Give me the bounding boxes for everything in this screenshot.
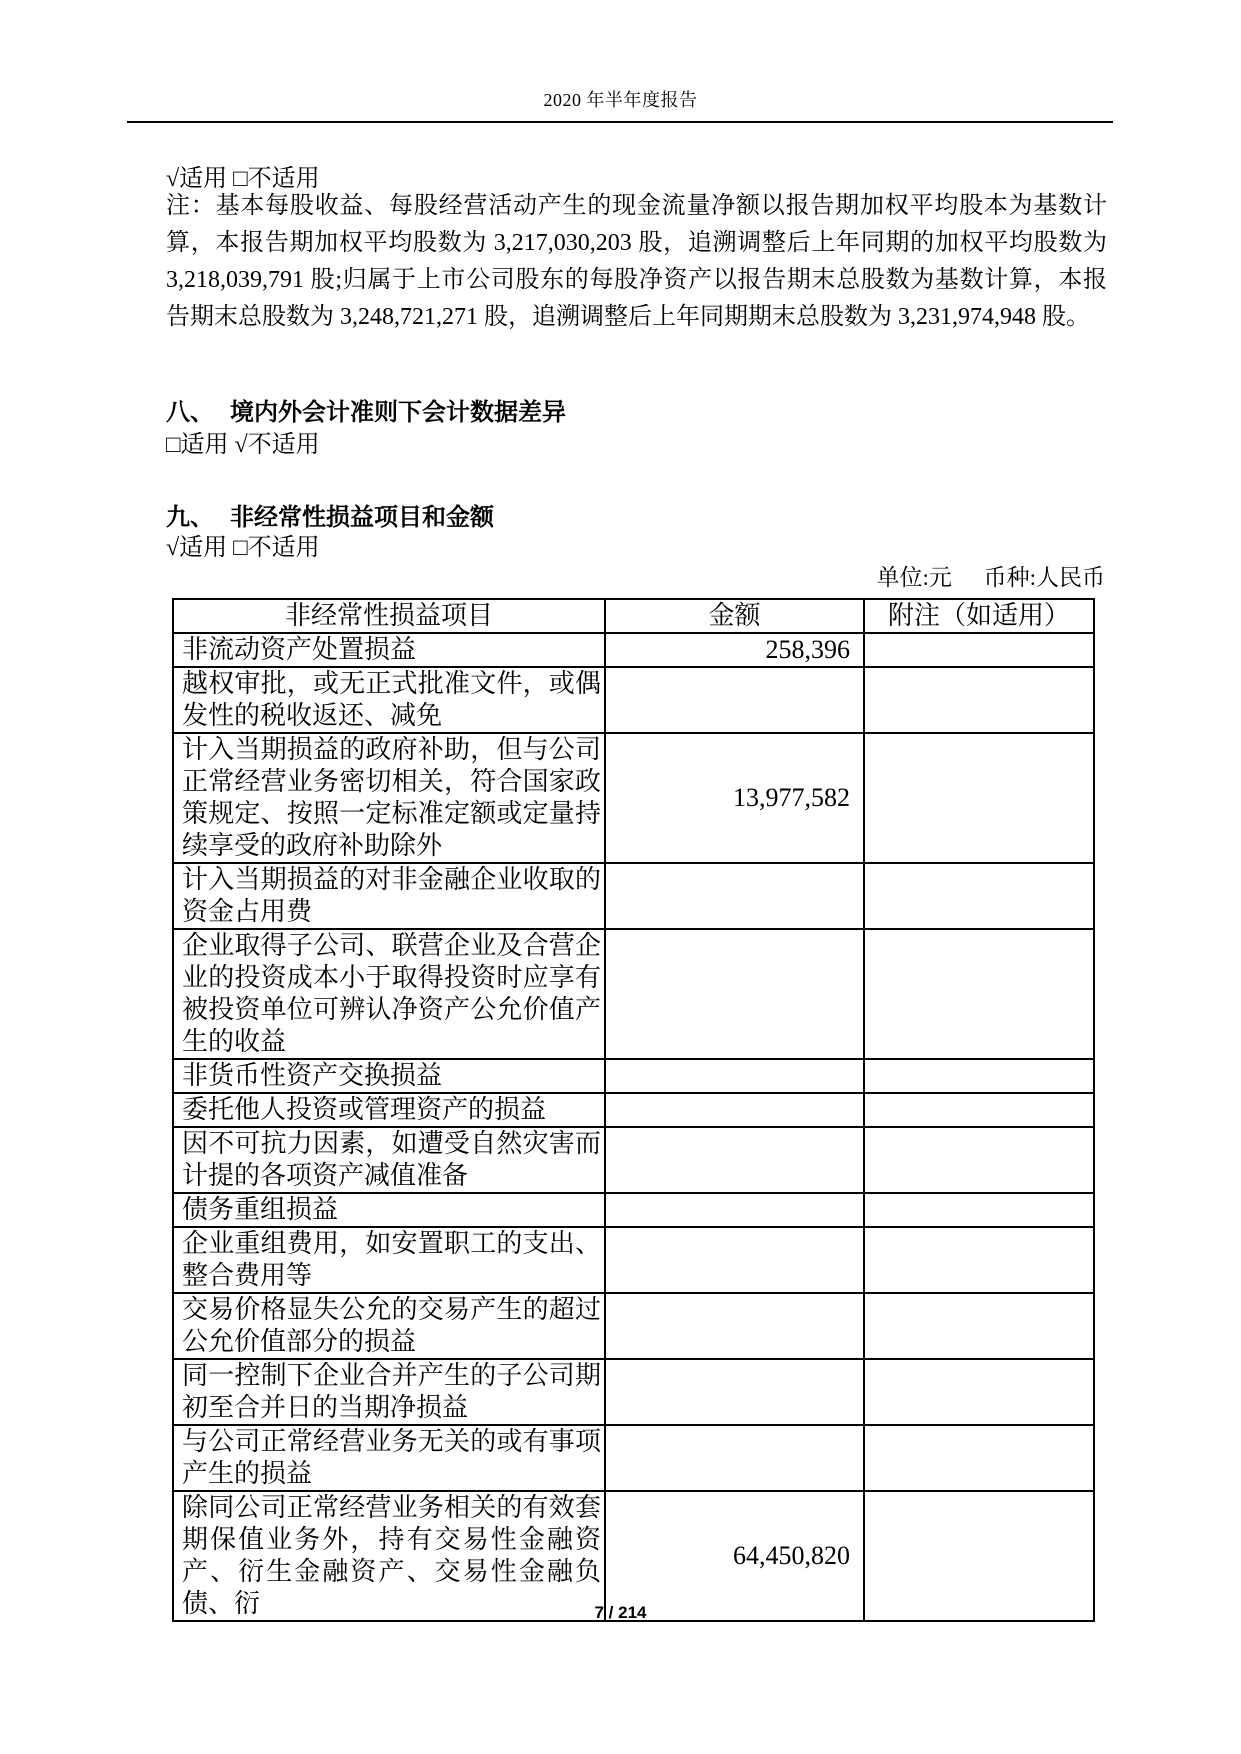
- amount-cell: [605, 1227, 864, 1293]
- column-header-amount: 金额: [605, 599, 864, 633]
- item-cell: 企业取得子公司、联营企业及合营企业的投资成本小于取得投资时应享有被投资单位可辨认…: [173, 929, 605, 1059]
- note-cell: [864, 1425, 1094, 1491]
- table-row: 交易价格显失公允的交易产生的超过公允价值部分的损益: [173, 1293, 1094, 1359]
- item-cell: 同一控制下企业合并产生的子公司期初至合并日的当期净损益: [173, 1359, 605, 1425]
- table-row: 同一控制下企业合并产生的子公司期初至合并日的当期净损益: [173, 1359, 1094, 1425]
- table-row: 非流动资产处置损益258,396: [173, 633, 1094, 667]
- amount-cell: [605, 863, 864, 929]
- table-row: 计入当期损益的对非金融企业收取的资金占用费: [173, 863, 1094, 929]
- table-row: 债务重组损益: [173, 1193, 1094, 1227]
- section-8-applicability: □适用 √不适用: [166, 424, 320, 459]
- table-header-row: 非经常性损益项目 金额 附注（如适用）: [173, 599, 1094, 633]
- note-cell: [864, 1293, 1094, 1359]
- amount-cell: [605, 1425, 864, 1491]
- item-cell: 非流动资产处置损益: [173, 633, 605, 667]
- note-cell: [864, 1359, 1094, 1425]
- unit-currency-line: 单位:元 币种:人民币: [876, 559, 1105, 592]
- amount-cell: [605, 1127, 864, 1193]
- table-row: 因不可抗力因素，如遭受自然灾害而计提的各项资产减值准备: [173, 1127, 1094, 1193]
- item-cell: 交易价格显失公允的交易产生的超过公允价值部分的损益: [173, 1293, 605, 1359]
- note-cell: [864, 1227, 1094, 1293]
- note-cell: [864, 1059, 1094, 1093]
- item-cell: 计入当期损益的政府补助，但与公司正常经营业务密切相关，符合国家政策规定、按照一定…: [173, 733, 605, 863]
- amount-cell: [605, 1059, 864, 1093]
- note-cell: [864, 667, 1094, 733]
- section-8-title: 境内外会计准则下会计数据差异: [230, 392, 566, 427]
- item-cell: 企业重组费用，如安置职工的支出、整合费用等: [173, 1227, 605, 1293]
- item-cell: 除同公司正常经营业务相关的有效套期保值业务外，持有交易性金融资产、衍生金融资产、…: [173, 1491, 605, 1621]
- item-cell: 越权审批，或无正式批准文件，或偶发性的税收返还、减免: [173, 667, 605, 733]
- amount-cell: 64,450,820: [605, 1491, 864, 1621]
- amount-cell: [605, 1093, 864, 1127]
- note-cell: [864, 733, 1094, 863]
- item-cell: 委托他人投资或管理资产的损益: [173, 1093, 605, 1127]
- note-cell: [864, 929, 1094, 1059]
- note-cell: [864, 863, 1094, 929]
- section-8-number: 八、: [166, 392, 214, 427]
- item-cell: 非货币性资产交换损益: [173, 1059, 605, 1093]
- note-cell: [864, 1127, 1094, 1193]
- header-divider: [127, 121, 1113, 123]
- table-row: 非货币性资产交换损益: [173, 1059, 1094, 1093]
- column-header-item: 非经常性损益项目: [173, 599, 605, 633]
- table-row: 委托他人投资或管理资产的损益: [173, 1093, 1094, 1127]
- item-cell: 与公司正常经营业务无关的或有事项产生的损益: [173, 1425, 605, 1491]
- section-8-heading: 八、 境内外会计准则下会计数据差异: [166, 392, 566, 427]
- table-row: 除同公司正常经营业务相关的有效套期保值业务外，持有交易性金融资产、衍生金融资产、…: [173, 1491, 1094, 1621]
- section-9-applicability: √适用 □不适用: [166, 527, 320, 562]
- amount-cell: 258,396: [605, 633, 864, 667]
- table-row: 越权审批，或无正式批准文件，或偶发性的税收返还、减免: [173, 667, 1094, 733]
- amount-cell: [605, 929, 864, 1059]
- amount-cell: 13,977,582: [605, 733, 864, 863]
- item-cell: 债务重组损益: [173, 1193, 605, 1227]
- column-header-note: 附注（如适用）: [864, 599, 1094, 633]
- amount-cell: [605, 667, 864, 733]
- note-cell: [864, 1093, 1094, 1127]
- note-cell: [864, 1193, 1094, 1227]
- note-cell: [864, 1491, 1094, 1621]
- table-row: 企业取得子公司、联营企业及合营企业的投资成本小于取得投资时应享有被投资单位可辨认…: [173, 929, 1094, 1059]
- item-cell: 因不可抗力因素，如遭受自然灾害而计提的各项资产减值准备: [173, 1127, 605, 1193]
- note-cell: [864, 633, 1094, 667]
- currency-label: 币种:人民币: [984, 565, 1105, 590]
- table-row: 企业重组费用，如安置职工的支出、整合费用等: [173, 1227, 1094, 1293]
- amount-cell: [605, 1359, 864, 1425]
- report-header-title: 2020 年半年度报告: [0, 86, 1241, 112]
- page-number: 7 / 214: [0, 1603, 1241, 1623]
- amount-cell: [605, 1193, 864, 1227]
- document-page: 2020 年半年度报告 √适用 □不适用 注：基本每股收益、每股经营活动产生的现…: [0, 0, 1241, 1754]
- table-row: 计入当期损益的政府补助，但与公司正常经营业务密切相关，符合国家政策规定、按照一定…: [173, 733, 1094, 863]
- table-row: 与公司正常经营业务无关的或有事项产生的损益: [173, 1425, 1094, 1491]
- item-cell: 计入当期损益的对非金融企业收取的资金占用费: [173, 863, 605, 929]
- unit-label: 单位:元: [876, 565, 951, 590]
- eps-note-paragraph: 注：基本每股收益、每股经营活动产生的现金流量净额以报告期加权平均股本为基数计算，…: [166, 188, 1107, 336]
- non-recurring-items-table: 非经常性损益项目 金额 附注（如适用） 非流动资产处置损益258,396越权审批…: [172, 598, 1095, 1622]
- amount-cell: [605, 1293, 864, 1359]
